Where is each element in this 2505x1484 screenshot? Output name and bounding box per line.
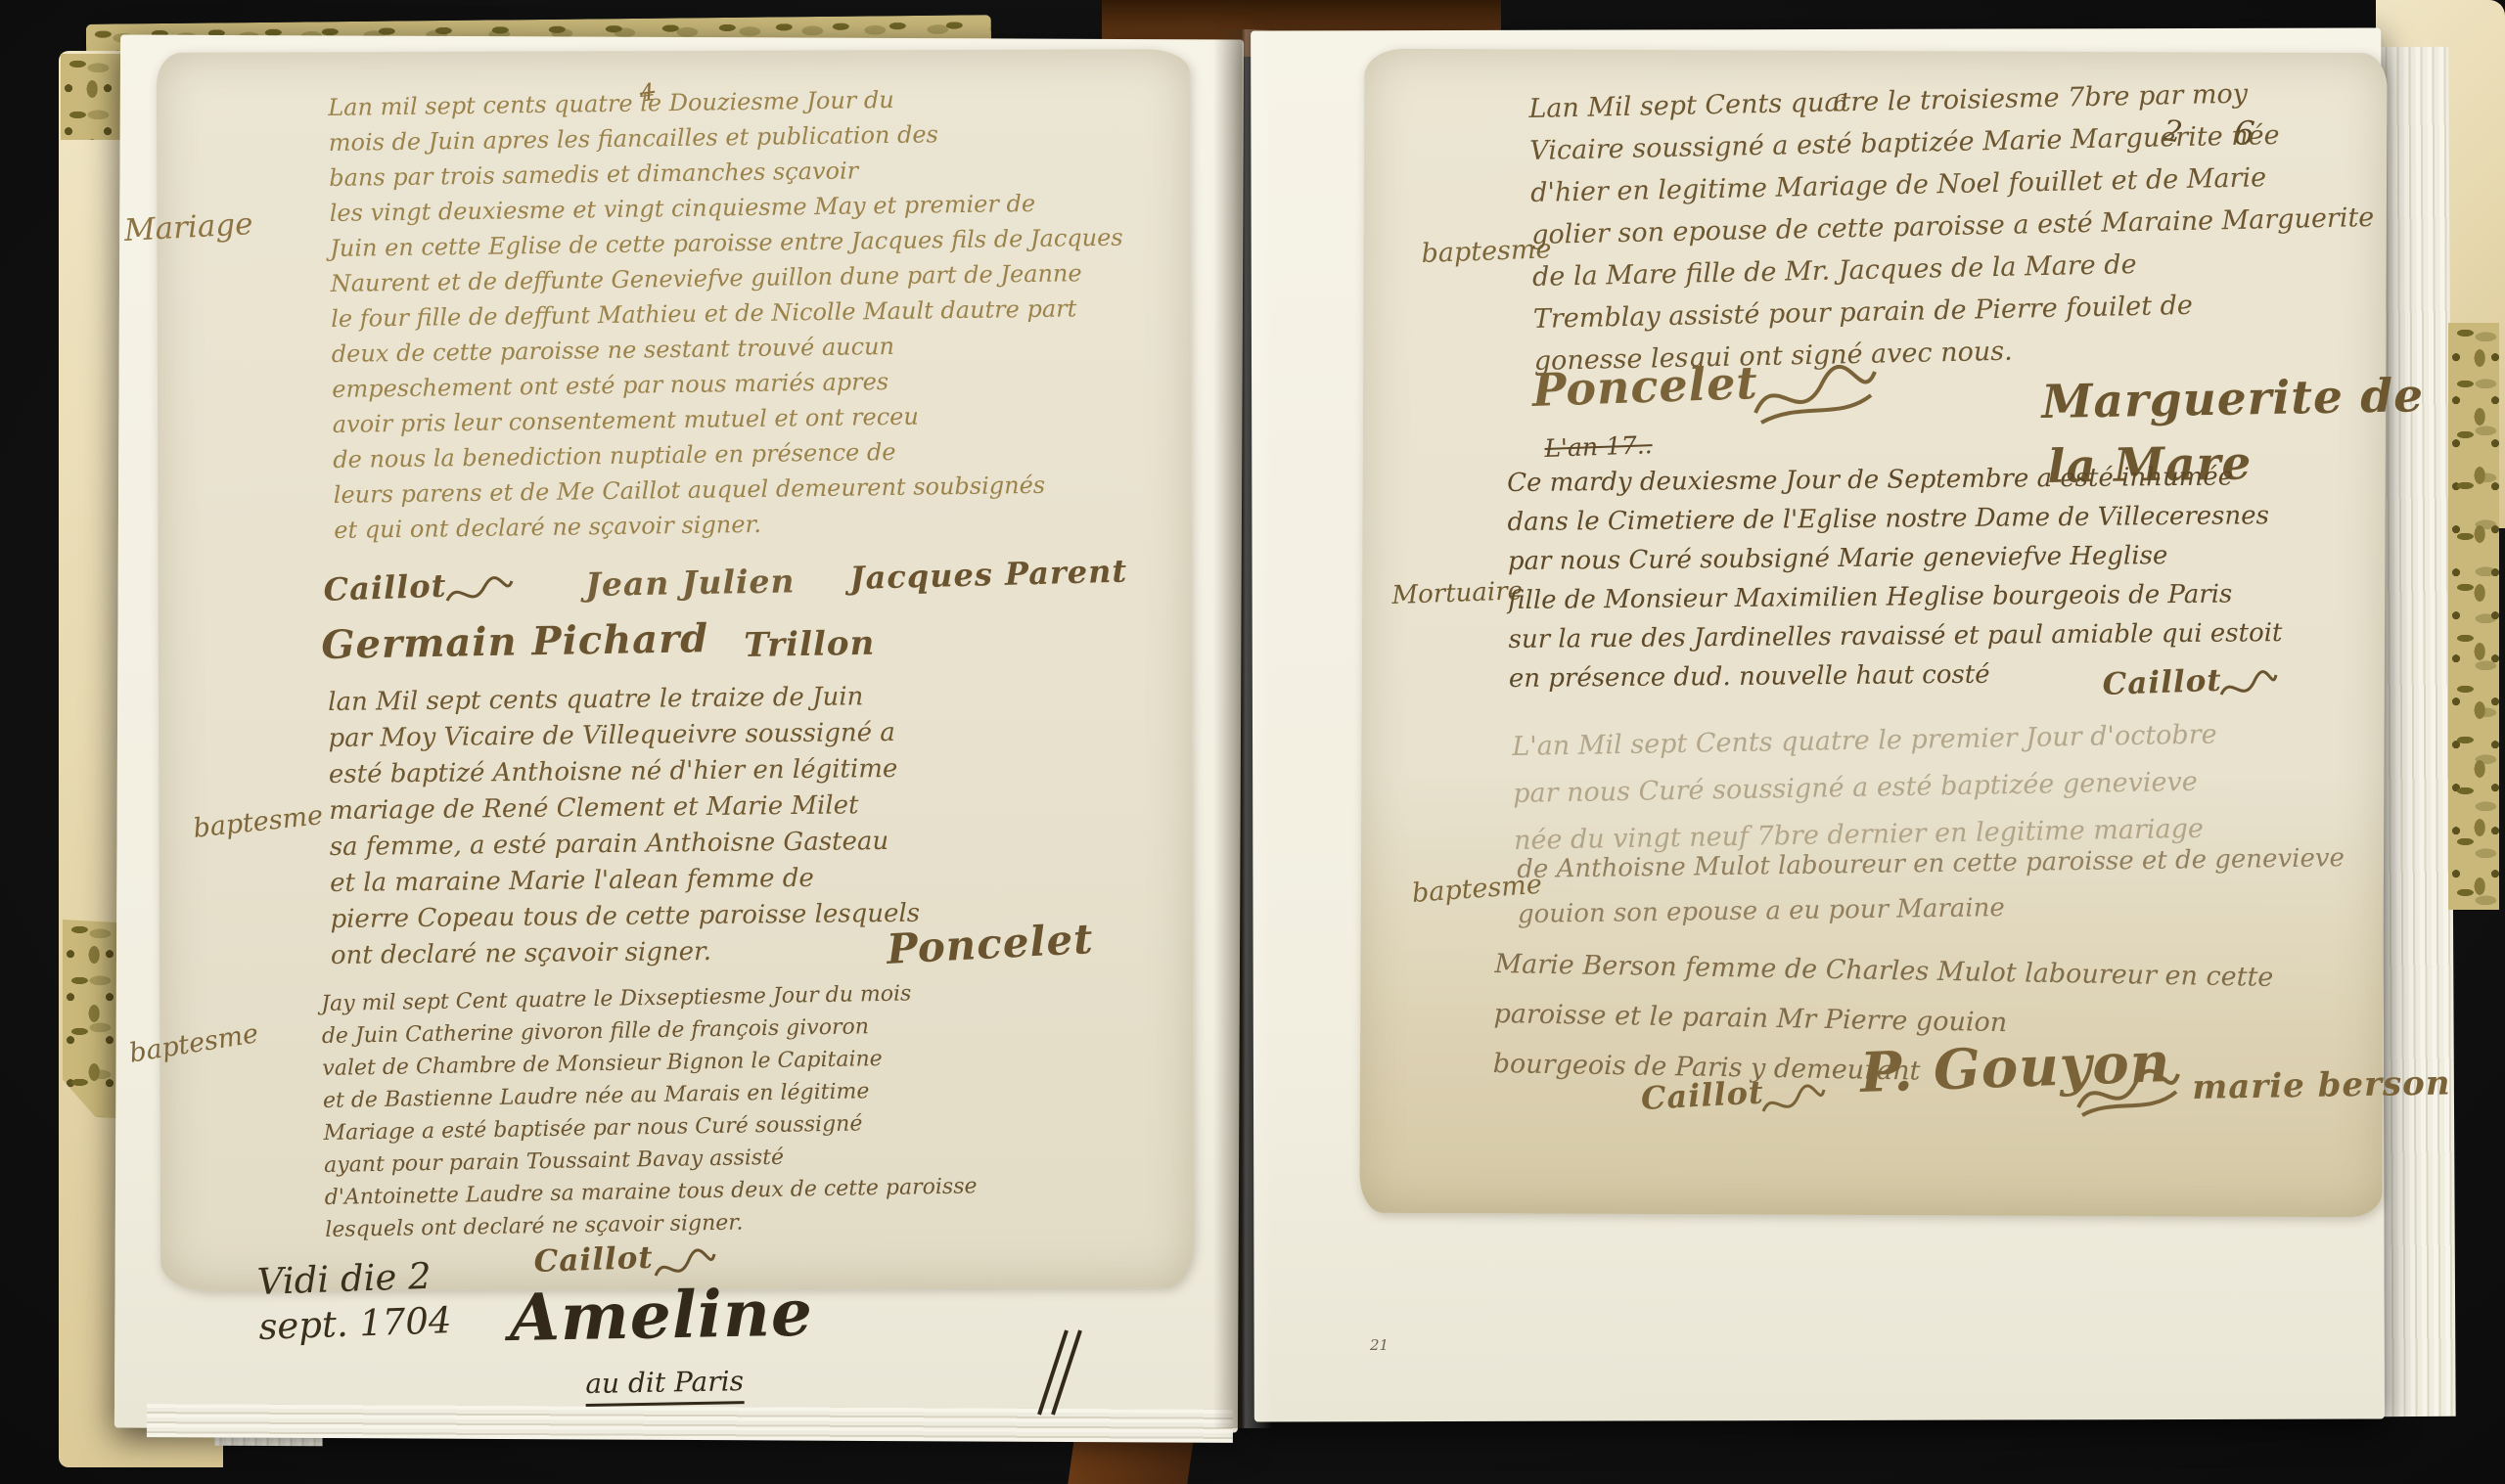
paraph-flourish-icon <box>2074 1066 2182 1125</box>
signature-marguerite-line1: Marguerite de <box>2041 369 2424 429</box>
signature-poncelet: Poncelet <box>1531 356 1758 417</box>
right-entry-burial-text: Ce mardy deuxiesme Jour de Septembre a e… <box>1507 456 2380 698</box>
signature-caillot-1: Caillot <box>323 567 447 608</box>
ameline-slash-flourish-icon <box>1029 1328 1088 1420</box>
signature-trillon: Trillon <box>744 624 876 665</box>
signature-caillot-3: Caillot <box>1640 1073 1765 1117</box>
left-entry-marriage-text: Lan mil sept cents quatre le Douziesme J… <box>328 78 1151 548</box>
signature-jean-julien: Jean Julien <box>585 562 796 604</box>
margin-note-mariage: Mariage <box>123 206 253 248</box>
paraph-flourish-icon <box>1761 1082 1826 1125</box>
signature-germain-pichard: Germain Pichard <box>321 615 709 668</box>
signature-ameline: Ameline <box>509 1275 813 1356</box>
right-cover-marble-strip <box>2448 323 2499 910</box>
right-entry-baptism-genevieve-mid: de Anthoisne Mulot laboureur en cette pa… <box>1517 834 2398 937</box>
right-page-faint-mark: 21 <box>1370 1336 1389 1354</box>
right-entry-burial-insert: L'an 17.. <box>1544 430 1653 463</box>
left-entry-baptism-catherine-text: Jay mil sept Cent quatre le Dixseptiesme… <box>321 973 1157 1246</box>
signature-marie-berson: marie berson <box>2192 1063 2451 1107</box>
paraph-flourish-icon <box>2219 669 2278 708</box>
right-entry-baptism-marguerite-text: Lan Mil sept Cents quatre le troisiesme … <box>1528 70 2395 382</box>
margin-note-mortuaire: Mortuaire <box>1391 576 1523 610</box>
signature-ameline-subscript: au dit Paris <box>585 1365 744 1407</box>
photo-stage: 4 Mariage Lan mil sept cents quatre le D… <box>0 0 2505 1484</box>
paraph-flourish-icon <box>445 573 514 612</box>
paraph-flourish-icon <box>1752 362 1879 434</box>
signature-caillot-2: Caillot <box>533 1240 654 1280</box>
signature-jacques-parent: Jacques Parent <box>849 553 1128 597</box>
inspection-note-vidi: Vidi die 2 sept. 1704 <box>256 1253 452 1350</box>
gutter-fold <box>1213 29 1272 1428</box>
signature-caillot-inline: Caillot <box>2102 663 2222 702</box>
